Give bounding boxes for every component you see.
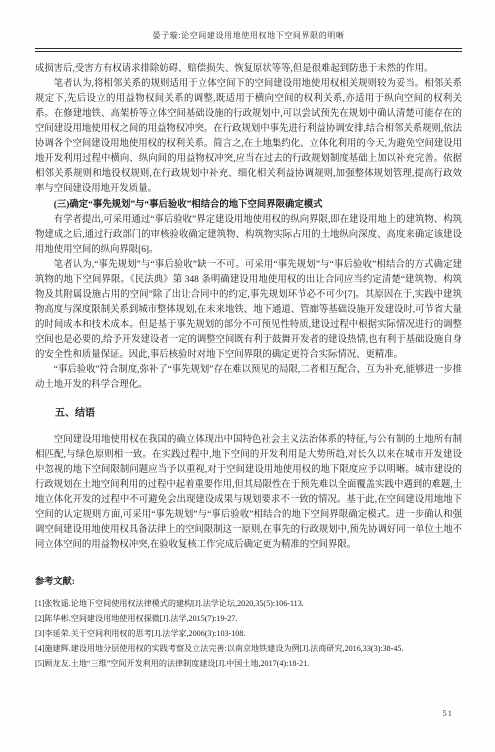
page-header: 晏子璇:论空间建设用地使用权地下空间界限的明晰 xyxy=(35,30,462,52)
page-number: 51 xyxy=(443,708,454,718)
body-paragraph: “事后验收”符合制度,弥补了“事先规划”存在难以预见的局限,二者相互配合、互为补… xyxy=(35,363,462,393)
document-page: 晏子璇:论空间建设用地使用权地下空间界限的明晰 成损害后,受害方有权请求排除妨碍… xyxy=(0,0,495,752)
body-paragraph: 有学者提出,可采用通过“事后验收”界定建设用地使用权的纵向界限,即在建设用地上的… xyxy=(35,213,462,258)
reference-item: [2]陈华彬.空间建设用地使用权探微[J].法学,2015(7):19-27. xyxy=(35,611,462,626)
subsection-heading: (三)确定“事先规划”与“事后验收”相结合的地下空间界限确定模式 xyxy=(35,197,462,213)
continuation-paragraph: 成损害后,受害方有权请求排除妨碍、赔偿损失、恢复原状等等,但是很难起到防患于未然… xyxy=(35,62,462,77)
body-paragraph: 笔者认为,“事先规划”与“事后验收”缺一不可。可采用“事先规划”与“事后验收”相… xyxy=(35,258,462,363)
reference-item: [3]李延荣.关于空间利用权的思考[J].法学家,2006(3):103-108… xyxy=(35,626,462,641)
article-body: 成损害后,受害方有权请求排除妨碍、赔偿损失、恢复原状等等,但是很难起到防患于未然… xyxy=(35,62,462,671)
reference-item: [4]施建辉.建设用地分层使用权的实践考察及立法完善:以南京地铁建设为例[J].… xyxy=(35,641,462,656)
references-heading: 参考文献: xyxy=(35,574,462,589)
conclusion-paragraph: 空间建设用地使用权在我国的确立体现出中国特色社会主义法治体系的特征,与公有制的土… xyxy=(35,433,462,553)
section-heading-conclusion: 五、结语 xyxy=(35,406,462,421)
references-section: 参考文献: [1]张牧遥.论地下空间使用权法律模式的建构[J].法学论坛,202… xyxy=(35,574,462,671)
reference-item: [1]张牧遥.论地下空间使用权法律模式的建构[J].法学论坛,2020,35(5… xyxy=(35,596,462,611)
body-paragraph: 笔者认为,将相邻关系的规则适用于立体空间下的空间建设用地使用权相关规则较为妥当。… xyxy=(35,77,462,197)
running-title: 晏子璇:论空间建设用地使用权地下空间界限的明晰 xyxy=(35,30,462,41)
header-divider xyxy=(35,48,462,52)
reference-item: [5]顾龙友.土地“三维”空间开发利用的法律制度建设[J].中国土地,2017(… xyxy=(35,656,462,671)
